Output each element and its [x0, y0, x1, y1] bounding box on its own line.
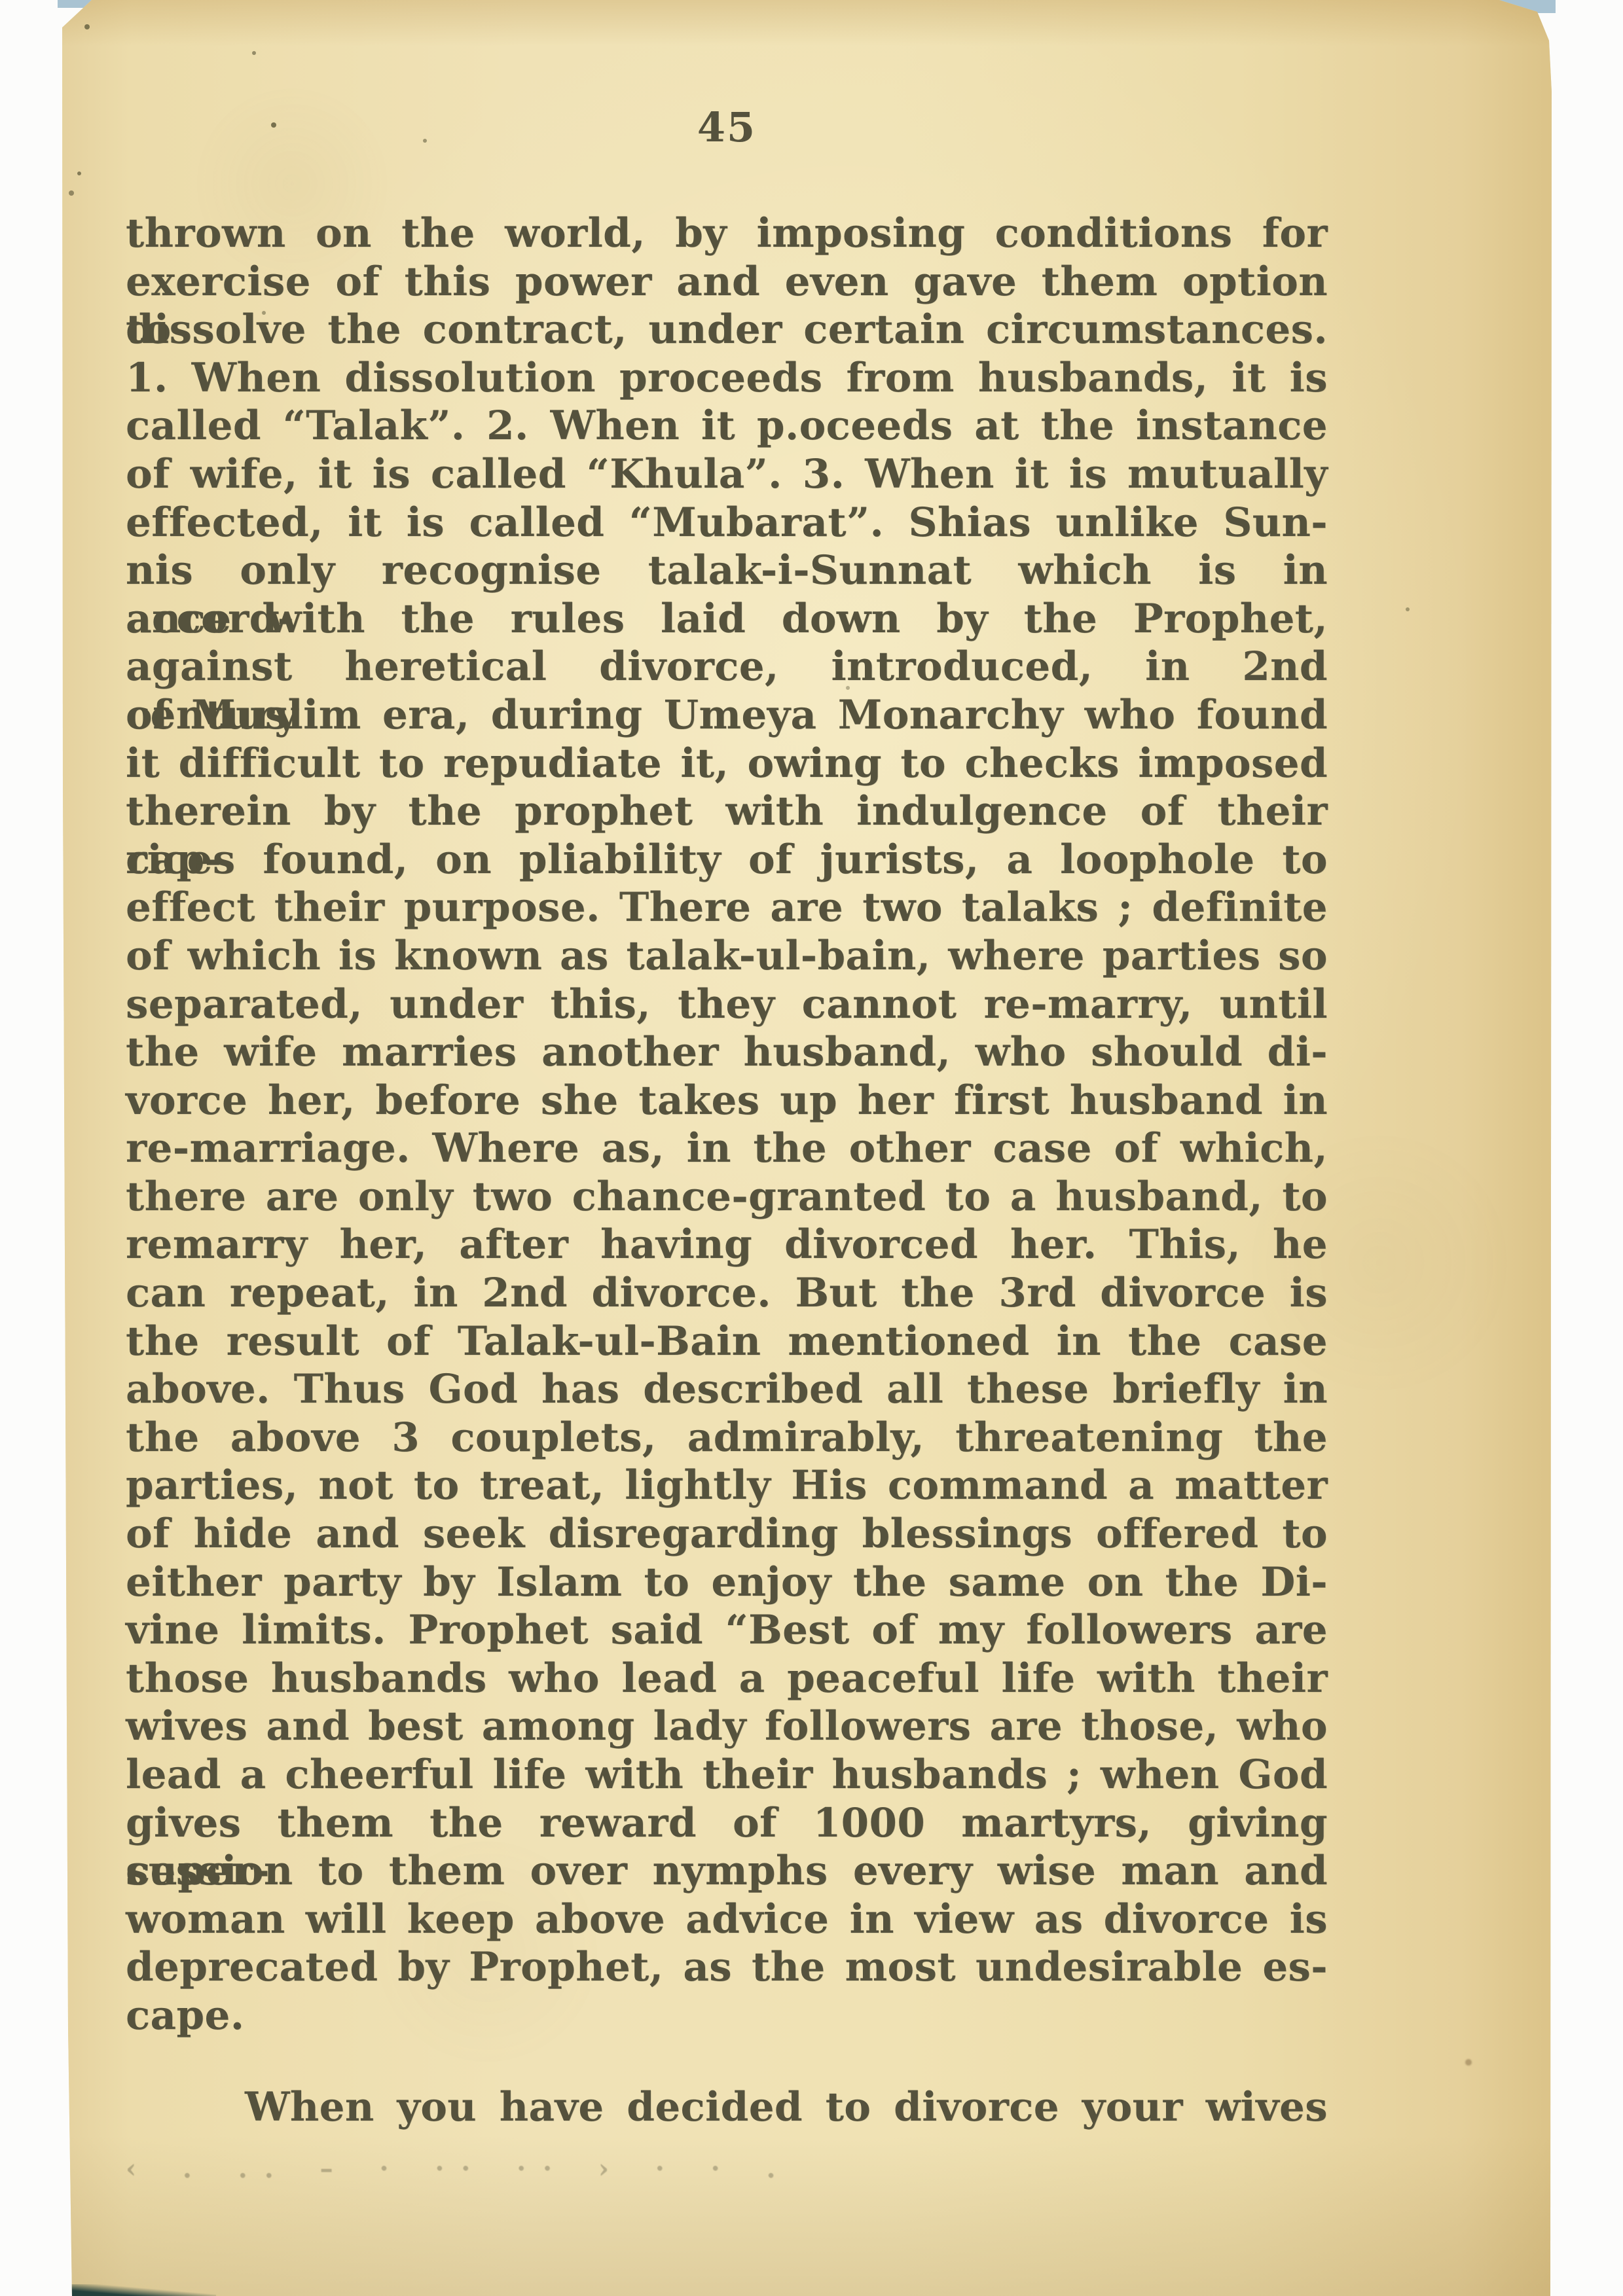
- text-line: of hide and seek disregarding blessings …: [126, 1510, 1328, 1558]
- text-line: above. Thus God has described all these …: [126, 1365, 1328, 1414]
- text-line: vine limits. Prophet said “Best of my fo…: [126, 1606, 1328, 1655]
- text-line: remarry her, after having divorced her. …: [126, 1221, 1328, 1269]
- text-line: of wife, it is called “Khula”. 3. When i…: [126, 450, 1328, 499]
- text-line: it difficult to repudiate it, owing to c…: [126, 740, 1328, 788]
- body-text-block: thrown on the world, by imposing conditi…: [126, 209, 1328, 2184]
- text-line: cape.: [126, 1992, 1328, 2040]
- text-line: rices found, on pliability of jurists, a…: [126, 836, 1328, 884]
- text-line: of Muslim era, during Umeya Monarchy who…: [126, 691, 1328, 740]
- text-line: exercise of this power and even gave the…: [126, 258, 1328, 306]
- text-line: separated, under this, they cannot re-ma…: [126, 980, 1328, 1029]
- text-line: lead a cheerful life with their husbands…: [126, 1751, 1328, 1799]
- text-line: the above 3 couplets, admirably, threate…: [126, 1414, 1328, 1462]
- text-line: 1. When dissolution proceeds from husban…: [126, 354, 1328, 403]
- text-line: nis only recognise talak-i-Sunnat which …: [126, 547, 1328, 595]
- text-line: can repeat, in 2nd divorce. But the 3rd …: [126, 1269, 1328, 1318]
- page-corner-shadow: [65, 2284, 216, 2296]
- text-line: those husbands who lead a peaceful life …: [126, 1655, 1328, 1703]
- text-line: either party by Islam to enjoy the same …: [126, 1558, 1328, 1607]
- text-line: ance with the rules laid down by the Pro…: [126, 595, 1328, 643]
- ink-smudge-artifacts: ‹ . .. – · ·· ·· › · · .: [126, 2153, 1108, 2184]
- paper-specks: [0, 0, 4, 4]
- text-line: parties, not to treat, lightly His comma…: [126, 1462, 1328, 1510]
- body-paragraph-lines: thrown on the world, by imposing conditi…: [126, 209, 1328, 1992]
- text-line: therein by the prophet with indulgence o…: [126, 787, 1328, 836]
- text-line: the wife marries another husband, who sh…: [126, 1028, 1328, 1077]
- text-line: thrown on the world, by imposing conditi…: [126, 209, 1328, 258]
- page-number: 45: [126, 103, 1328, 151]
- text-line: dissolve the contract, under certain cir…: [126, 306, 1328, 354]
- text-line: woman will keep above advice in view as …: [126, 1895, 1328, 1944]
- text-line: re-marriage. Where as, in the other case…: [126, 1124, 1328, 1173]
- text-line: effected, it is called “Mubarat”. Shias …: [126, 499, 1328, 547]
- book-page: 45 thrown on the world, by imposing cond…: [0, 0, 1623, 2296]
- text-line: deprecated by Prophet, as the most undes…: [126, 1943, 1328, 1992]
- text-line: gives them the reward of 1000 martyrs, g…: [126, 1799, 1328, 1848]
- text-line: wives and best among lady followers are …: [126, 1702, 1328, 1751]
- text-line: of which is known as talak-ul-bain, wher…: [126, 932, 1328, 980]
- text-line: against heretical divorce, introduced, i…: [126, 643, 1328, 691]
- scanner-background: 45 thrown on the world, by imposing cond…: [0, 0, 1623, 2296]
- text-line: effect their purpose. There are two tala…: [126, 884, 1328, 932]
- text-line: called “Talak”. 2. When it p.oceeds at t…: [126, 402, 1328, 450]
- text-line: there are only two chance-granted to a h…: [126, 1173, 1328, 1221]
- text-line: vorce her, before she takes up her first…: [126, 1077, 1328, 1125]
- second-paragraph-line: When you have decided to divorce your wi…: [126, 2083, 1328, 2132]
- text-line: cession to them over nymphs every wise m…: [126, 1847, 1328, 1895]
- text-line: the result of Talak-ul-Bain mentioned in…: [126, 1318, 1328, 1366]
